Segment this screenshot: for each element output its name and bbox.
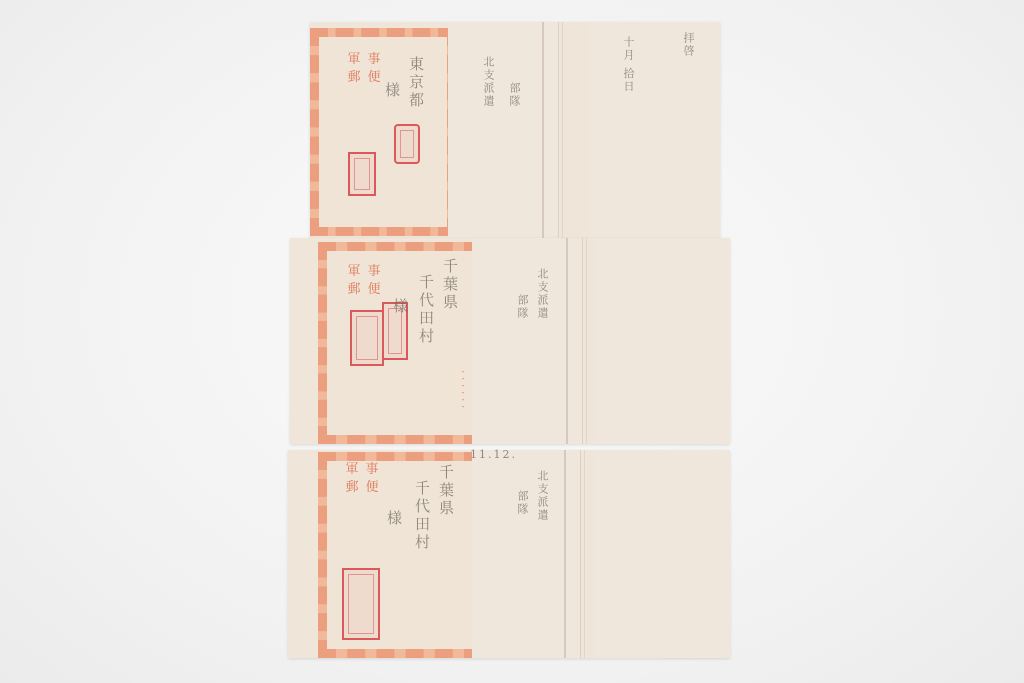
seal-stamp — [342, 568, 380, 640]
fold-crease — [566, 238, 587, 444]
envelope-frame — [310, 28, 456, 236]
military-mail-label: 軍 事 郵 便 — [346, 264, 382, 298]
printed-imprint: ・・・・・・ — [458, 368, 468, 410]
handwritten-name: 様 — [384, 510, 405, 528]
handwritten-unit: 部隊 — [506, 82, 522, 108]
fold-crease — [542, 22, 563, 238]
letter-1: 軍 事 郵 便 東京都 様 北支派遣 部隊 拝啓 十月 拾日 — [310, 22, 720, 238]
handwritten-address-2: 千代田村 — [412, 480, 433, 552]
handwritten-name: 様 — [390, 298, 411, 316]
military-mail-label: 軍 事 郵 便 — [346, 52, 382, 86]
military-mail-label: 軍 事 郵 便 — [344, 462, 380, 496]
handwritten-sender: 北支派遣 — [480, 56, 496, 108]
handwritten-address: 千葉県 — [436, 464, 457, 518]
handwritten-body: 拝啓 — [680, 32, 696, 58]
letter-panel — [596, 238, 730, 444]
handwritten-address-2: 千代田村 — [416, 274, 437, 346]
handwritten-unit: 部隊 — [514, 490, 530, 516]
handwritten-unit: 部隊 — [514, 294, 530, 320]
handwritten-sender: 北支派遣 — [534, 268, 550, 320]
handwritten-date: 11.12. — [470, 448, 517, 461]
handwritten-address: 東京都 — [406, 56, 427, 110]
postmark-stamp — [394, 124, 420, 164]
handwritten-address: 千葉県 — [440, 258, 461, 312]
handwritten-sender: 北支派遣 — [534, 470, 550, 522]
seal-stamp — [348, 152, 376, 196]
handwritten-name: 様 — [382, 82, 403, 100]
letter-2: 軍 事 郵 便 千葉県 千代田村 様 北支派遣 部隊 ・・・・・・ — [290, 238, 730, 444]
handwritten-date: 十月 拾日 — [620, 36, 636, 94]
letter-panel — [588, 22, 720, 238]
fold-crease — [564, 450, 585, 658]
letter-3: 軍 事 郵 便 千葉県 千代田村 様 北支派遣 部隊 11.12. — [288, 450, 730, 658]
letter-panel — [594, 450, 730, 658]
seal-stamp — [350, 310, 384, 366]
